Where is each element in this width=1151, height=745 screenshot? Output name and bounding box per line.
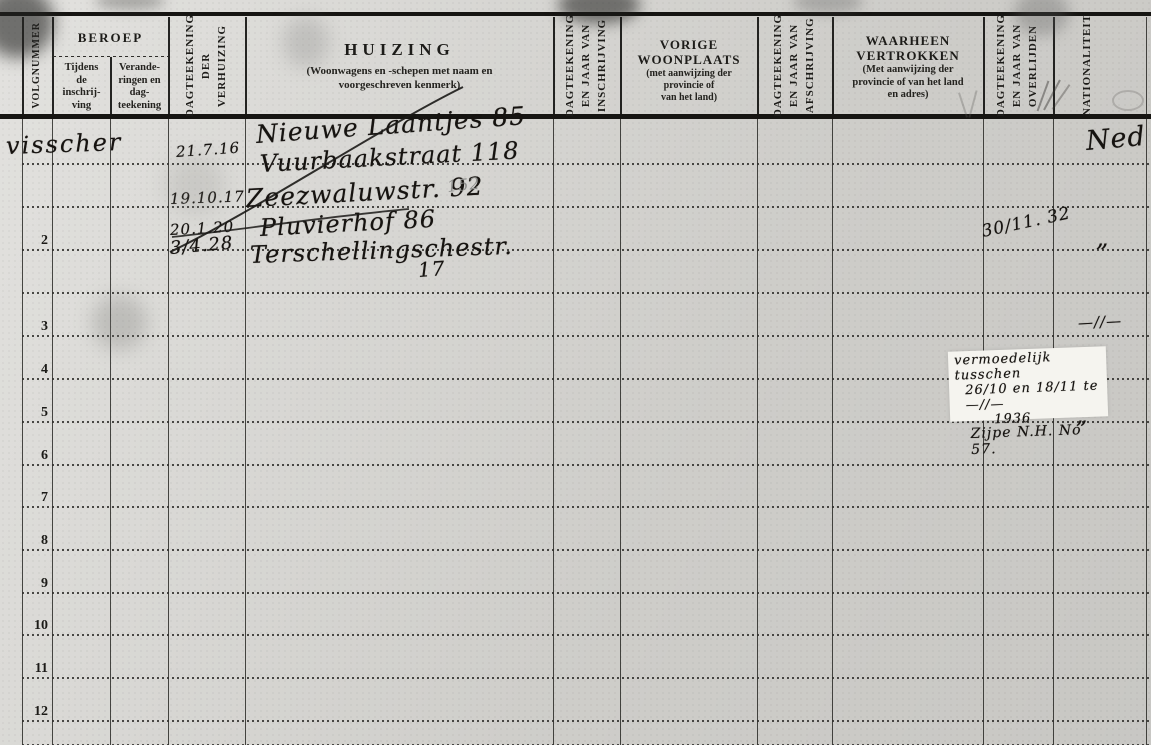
column-header-afschrijving: DAGTEEKENING EN JAAR VAN AFSCHRIJVING bbox=[757, 17, 832, 114]
row-number: 3 bbox=[22, 319, 48, 335]
column-header-nationaliteit: NATIONALITEIT bbox=[1053, 17, 1123, 114]
column-header-overlijden: DAGTEEKENING EN JAAR VAN OVERLIJDEN bbox=[983, 17, 1053, 114]
ditto-mark: „ bbox=[1096, 224, 1109, 252]
vorige-woonplaats-subtitle: (met aanwijzing der provincie of van het… bbox=[621, 68, 757, 104]
pencil-house-number: 152 bbox=[446, 174, 481, 196]
row-line bbox=[22, 163, 1151, 165]
row-number: 11 bbox=[22, 661, 48, 677]
column-header-waarheen-vertrokken: WAARHEEN VERTROKKEN bbox=[833, 34, 983, 64]
row-line bbox=[22, 720, 1151, 722]
verhuizing-label: DAGTEEKENING DER VERHUIZING bbox=[183, 14, 231, 117]
row-number: 9 bbox=[22, 576, 48, 592]
row-line bbox=[22, 464, 1151, 466]
row-number: 7 bbox=[22, 490, 48, 506]
huizing-subtitle: (Woonwagens en -schepen met naam en voor… bbox=[246, 64, 553, 93]
handwritten-move-date: 19.10.17 bbox=[170, 187, 245, 208]
column-header-verhuizing: DAGTEEKENING DER VERHUIZING bbox=[168, 17, 245, 114]
row-line bbox=[22, 634, 1151, 636]
row-line bbox=[22, 292, 1151, 294]
row-line bbox=[22, 335, 1151, 337]
row-line bbox=[22, 506, 1151, 508]
row-line bbox=[22, 421, 1151, 423]
handwritten-move-date: 3/4.28 bbox=[169, 232, 234, 258]
handwritten-nationality: Ned bbox=[1085, 121, 1147, 157]
beroep-subdivider bbox=[53, 56, 168, 57]
row-number: 8 bbox=[22, 533, 48, 549]
beroep-sub-right: Verande- ringen en dag- teekening bbox=[111, 62, 168, 112]
row-line bbox=[22, 677, 1151, 679]
row-number: 5 bbox=[22, 405, 48, 421]
column-header-vorige-woonplaats: VORIGE WOONPLAATS bbox=[621, 38, 757, 68]
handwritten-occupation: visscher bbox=[6, 128, 123, 160]
volgnummer-label: VOLGNUMMER bbox=[30, 22, 45, 108]
note-line: Zijpe N.H. No 57. bbox=[970, 421, 1109, 458]
column-header-volgnummer: VOLGNUMMER bbox=[22, 17, 52, 114]
row-number: 10 bbox=[22, 618, 48, 634]
column-header-inschrijving: DAGTEEKENING EN JAAR VAN INSCHRIJVING bbox=[553, 17, 620, 114]
inschrijving-label: DAGTEEKENING EN JAAR VAN INSCHRIJVING bbox=[563, 14, 611, 117]
handwritten-house-number: 17 bbox=[417, 256, 446, 282]
col-line bbox=[832, 119, 833, 745]
register-scan-page: VOLGNUMMER BEROEP Tijdens de inschrij- v… bbox=[0, 0, 1151, 745]
beroep-sub-left: Tijdens de inschrij- ving bbox=[53, 62, 110, 112]
col-line bbox=[168, 119, 169, 745]
handwritten-death-date: 30/11. 32 bbox=[980, 203, 1073, 241]
column-header-huizing: HUIZING bbox=[246, 40, 553, 60]
row-line bbox=[22, 592, 1151, 594]
col-line bbox=[553, 119, 554, 745]
row-number: 6 bbox=[22, 448, 48, 464]
handwritten-move-date: 21.7.16 bbox=[175, 139, 240, 161]
column-header-beroep: BEROEP bbox=[53, 30, 168, 46]
row-number: 4 bbox=[22, 362, 48, 378]
ditto-mark: „ bbox=[1076, 404, 1088, 429]
col-line bbox=[22, 119, 23, 745]
col-line bbox=[620, 119, 621, 745]
afschrijving-label: DAGTEEKENING EN JAAR VAN AFSCHRIJVING bbox=[771, 14, 819, 117]
waarheen-vertrokken-subtitle: (Met aanwijzing der provincie of van het… bbox=[833, 64, 983, 102]
row-number: 12 bbox=[22, 704, 48, 720]
scan-smudge bbox=[92, 295, 147, 350]
col-line bbox=[110, 119, 111, 745]
ditto-mark: —//— bbox=[1078, 312, 1123, 332]
col-line bbox=[52, 119, 53, 745]
nationaliteit-label: NATIONALITEIT bbox=[1080, 14, 1096, 116]
scan-smudge bbox=[95, 0, 165, 10]
row-line bbox=[22, 549, 1151, 551]
overlijden-label: DAGTEEKENING EN JAAR VAN OVERLIJDEN bbox=[994, 14, 1042, 117]
row-number: 2 bbox=[22, 233, 48, 249]
col-line bbox=[757, 119, 758, 745]
